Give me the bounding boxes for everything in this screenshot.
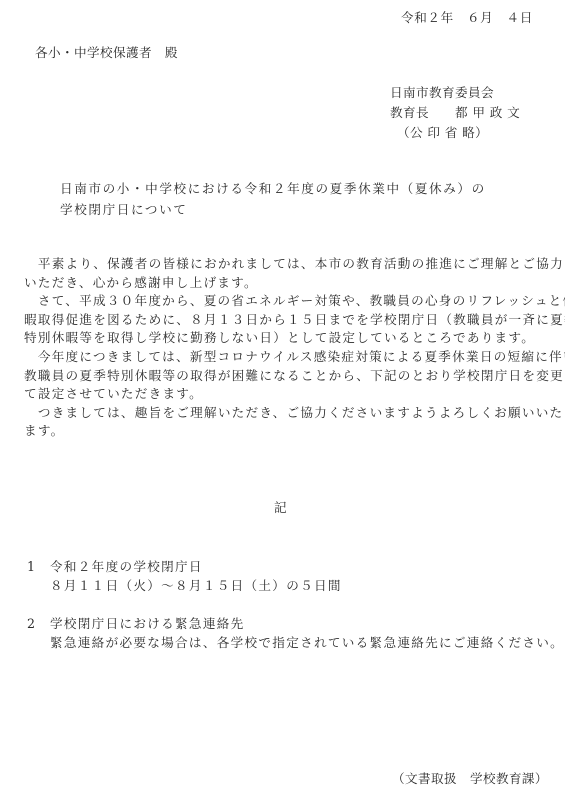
item-number: 1 xyxy=(27,557,50,595)
issuer-block: 日南市教育委員会 教育長 都 甲 政 文 （公 印 省 略） xyxy=(390,83,520,143)
ki-heading: 記 xyxy=(274,497,287,516)
body-line: 平素より、保護者の皆様におかれましては、本市の教育活動の推進にご理解とご協力を xyxy=(24,255,544,274)
body-line: 特別休暇等を取得し学校に勤務しない日）として設定しているところであります。 xyxy=(24,329,544,348)
body-line: て設定させていただきます。 xyxy=(24,385,544,404)
title-line-2: 学校閉庁日について xyxy=(60,199,486,220)
issuer-position-name: 教育長 都 甲 政 文 xyxy=(390,103,520,123)
document-date: 令和２年 ６月 ４日 xyxy=(401,7,533,26)
body-line: 暇取得促進を図るために、８月１３日から１５日までを学校閉庁日（教職員が一斉に夏季 xyxy=(24,311,544,330)
item-list: 1 令和２年度の学校閉庁日 ８月１１日（火）～８月１５日（土）の５日間 2 学校… xyxy=(27,557,564,671)
item-number: 2 xyxy=(27,614,50,652)
item-detail: ８月１１日（火）～８月１５日（土）の５日間 xyxy=(50,576,342,595)
body-line: さて、平成３０年度から、夏の省エネルギー対策や、教職員の心身のリフレッシュと休 xyxy=(24,292,544,311)
issuer-organization: 日南市教育委員会 xyxy=(390,83,520,103)
body-line: ます。 xyxy=(24,422,544,441)
list-item: 1 令和２年度の学校閉庁日 ８月１１日（火）～８月１５日（土）の５日間 xyxy=(27,557,564,595)
body-line: 教職員の夏季特別休暇等の取得が困難になることから、下記のとおり学校閉庁日を変更し xyxy=(24,367,544,386)
list-item: 2 学校閉庁日における緊急連絡先 緊急連絡が必要な場合は、各学校で指定されている… xyxy=(27,614,564,652)
item-heading: 学校閉庁日における緊急連絡先 xyxy=(50,614,564,633)
body-text: 平素より、保護者の皆様におかれましては、本市の教育活動の推進にご理解とご協力を … xyxy=(24,255,544,441)
addressee: 各小・中学校保護者 殿 xyxy=(35,42,178,61)
body-line: いただき、心から感謝申し上げます。 xyxy=(24,274,544,293)
document-title: 日南市の小・中学校における令和２年度の夏季休業中（夏休み）の 学校閉庁日について xyxy=(60,178,486,220)
title-line-1: 日南市の小・中学校における令和２年度の夏季休業中（夏休み）の xyxy=(60,178,486,199)
item-heading: 令和２年度の学校閉庁日 xyxy=(50,557,342,576)
document-handler: （文書取扱 学校教育課） xyxy=(392,768,548,787)
item-detail: 緊急連絡が必要な場合は、各学校で指定されている緊急連絡先にご連絡ください。 xyxy=(50,633,564,652)
seal-omitted-note: （公 印 省 略） xyxy=(390,123,520,143)
body-line: つきましては、趣旨をご理解いただき、ご協力くださいますようよろしくお願いいたし xyxy=(24,404,544,423)
body-line: 今年度につきましては、新型コロナウイルス感染症対策による夏季休業日の短縮に伴い、 xyxy=(24,348,544,367)
